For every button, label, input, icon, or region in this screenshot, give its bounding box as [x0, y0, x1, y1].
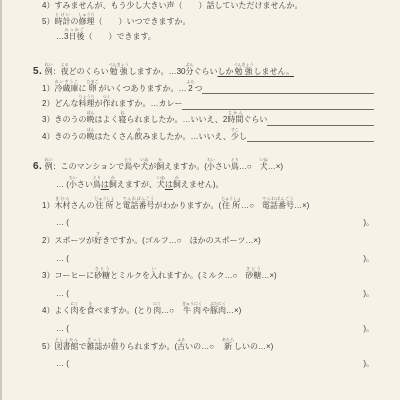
furigana-ruby: 豚肉ぶたにく	[210, 306, 226, 315]
text-segment: 小ちい	[207, 157, 215, 172]
text-segment: 寝ね	[118, 110, 126, 125]
text-segment: しません。	[253, 67, 293, 77]
text-segment: えません)。	[181, 180, 224, 190]
text-segment: ：	[53, 67, 61, 77]
text-segment: 2ふた	[186, 79, 194, 94]
text-segment: 食た	[86, 301, 94, 316]
furigana-ruby: 小ちい	[69, 180, 77, 189]
text-segment: がわかりますか。(	[154, 201, 221, 211]
text-segment: 飼か	[173, 175, 181, 190]
answer-blank-space	[69, 254, 363, 264]
furigana-ruby: 入い	[150, 271, 158, 280]
text-segment: 冷蔵庫れいぞうこ	[54, 79, 78, 94]
text-segment: 修理しゅうり	[78, 12, 94, 27]
section5-item1: 1）冷蔵庫れいぞうこに卵たまごがいくつありますか。…2ふたつ	[0, 79, 400, 95]
text-segment: 飲の	[134, 127, 142, 142]
furigana-ruby: 住所じゅうしょ	[94, 201, 114, 210]
furigana-ruby: 鳥とり	[124, 162, 132, 171]
ex4-item5: 5）時計とけいの修理しゅうり（ ）いつできますか。	[0, 12, 400, 27]
text-segment: りられますか。(	[118, 342, 177, 352]
text-segment: ：このマンションで	[53, 162, 125, 172]
furigana-ruby: 小ちい	[207, 162, 215, 171]
text-segment: 晩ばん	[86, 110, 94, 125]
text-segment: 犬いぬ	[157, 175, 165, 190]
text-segment: 雑誌ざっし	[86, 337, 102, 352]
text-segment: が	[102, 342, 110, 352]
text-segment: 時計とけい	[54, 12, 70, 27]
text-segment: …×)	[261, 271, 276, 281]
furigana-ruby: 晩ばん	[86, 132, 94, 141]
text-segment: で	[78, 342, 86, 352]
text-segment: 3）きのうの	[42, 115, 86, 125]
section6-item4: 4）よく肉にくを食たべますか。(とり肉にく…○ 牛肉ぎゅうにくや豚肉ぶたにく…×…	[0, 301, 400, 316]
furigana-ruby: 作つく	[102, 99, 110, 108]
text-segment: れますか。(ミルク…○	[158, 271, 245, 281]
furigana-ruby: 夜よる	[61, 67, 69, 76]
text-segment: えますか。(	[164, 162, 207, 172]
section-number: 6.	[33, 161, 42, 173]
furigana-ruby: 勉強べんきょう	[233, 67, 253, 76]
furigana-ruby: 寝ね	[118, 115, 126, 124]
text-segment: どのくらい	[69, 67, 109, 77]
furigana-ruby: 鳥とり	[93, 180, 101, 189]
text-segment: 豚肉ぶたにく	[210, 301, 226, 316]
text-segment: 4）すみませんが、もう少し大きい声（ ）話していただけませんか。	[42, 1, 302, 11]
answer-blank-line	[182, 99, 374, 110]
text-segment: 砂糖さとう	[94, 266, 110, 281]
text-segment: 料理りょうり	[78, 94, 94, 109]
text-segment: …×)	[294, 201, 309, 211]
furigana-ruby: 鳥とり	[231, 162, 239, 171]
section5-item4: 4）きのうの晩ばんはたくさん飲のみましたか。…いいえ、少すこし	[0, 127, 400, 143]
furigana-ruby: 時間じかん	[227, 115, 243, 124]
text-segment: みましたか。…いいえ、	[142, 132, 230, 142]
text-segment: しいの…×)	[234, 342, 273, 352]
furigana-ruby: 木村きむら	[54, 201, 70, 210]
text-segment: 好す	[94, 231, 102, 246]
text-segment: が	[94, 99, 102, 109]
text-segment: 作つく	[102, 94, 110, 109]
furigana-ruby: 例れい	[45, 67, 53, 76]
furigana-ruby: 飼か	[173, 180, 181, 189]
furigana-ruby: 勉強べんきょう	[109, 67, 129, 76]
answer-blank-space	[69, 289, 363, 299]
text-segment: は	[101, 180, 109, 190]
text-segment: はたくさん	[94, 132, 134, 142]
text-segment: きですか。(ゴルフ…○ ほかのスポーツ…×)	[102, 236, 261, 246]
text-segment: 分ぷん	[185, 62, 193, 77]
section5-item2: 2）どんな料理りょうりが作つくれますか。…カレー	[0, 94, 400, 110]
text-segment: しますか。…30	[129, 67, 186, 77]
furigana-ruby: 飲の	[134, 132, 142, 141]
text-segment: はよく	[94, 115, 118, 125]
text-segment: や	[202, 306, 210, 316]
text-segment: べますか。(とり	[94, 306, 153, 316]
text-segment: （ ）できます。	[84, 32, 155, 42]
furigana-ruby: 飼か	[109, 180, 117, 189]
text-segment: …×)	[268, 162, 283, 172]
section6-example-answer: … (小ちいさい鳥とりは飼かえますが、犬いぬは飼かえません)。	[0, 175, 400, 190]
text-segment: 犬いぬ	[140, 157, 148, 172]
answer-blank-line	[247, 132, 374, 143]
text-segment: 鳥とり	[231, 157, 239, 172]
answer-blank-space	[69, 218, 363, 228]
text-segment: がいくつありますか。…	[98, 84, 186, 94]
text-segment: 勉強べんきょう	[233, 62, 253, 77]
section6-item5: 5）図書館としょかんで雑誌ざっしが借かりられますか。(古ふるいの…○ 新あたらし…	[0, 337, 400, 352]
text-segment: えますが、	[117, 180, 157, 190]
furigana-ruby: 冷蔵庫れいぞうこ	[54, 84, 78, 93]
text-segment: 古ふる	[177, 337, 185, 352]
text-segment: 牛肉ぎゅうにく	[182, 301, 202, 316]
text-segment: …	[56, 32, 64, 42]
furigana-ruby: 犬いぬ	[260, 162, 268, 171]
text-segment: )。	[363, 218, 374, 228]
section6-item2: 2）スポーツが好すきですか。(ゴルフ…○ ほかのスポーツ…×)	[0, 231, 400, 246]
text-segment: つ	[194, 84, 202, 94]
text-segment: 鳥とり	[124, 157, 132, 172]
answer-blank-line	[267, 115, 374, 126]
furigana-ruby: 砂糖さとう	[245, 271, 261, 280]
text-segment: )。	[363, 359, 374, 369]
section6-item3: 3）コーヒーに砂糖さとうとミルクを入いれますか。(ミルク…○ 砂糖さとう…×)	[0, 266, 400, 281]
text-segment: )。	[363, 254, 374, 264]
text-segment: 4）よく	[42, 306, 70, 316]
text-segment: 4）きのうの	[42, 132, 86, 142]
section6-item5-answer: … ( )。	[0, 359, 400, 369]
section5-example: 5. 例れい：夜よるどのくらい勉強べんきょうしますか。…30分ぷんぐらいしか勉強…	[0, 62, 400, 78]
section6-item4-answer: … ( )。	[0, 324, 400, 334]
text-segment: …○	[241, 201, 262, 211]
text-segment: 住所じゅうしょ	[94, 196, 114, 211]
text-segment: し	[239, 132, 247, 142]
text-segment: …○	[239, 162, 260, 172]
text-segment: 2）スポーツが	[42, 236, 94, 246]
section5-item3: 3）きのうの晩ばんはよく寝ねられましたか。…いいえ、2時間じかんぐらい	[0, 110, 400, 126]
text-segment: 犬いぬ	[260, 157, 268, 172]
ex4-item5-answer: …3日後みっかご（ ）できます。	[0, 27, 400, 42]
text-segment: … (	[56, 324, 69, 334]
text-segment: … (	[56, 289, 69, 299]
section6-example: 6. 例れい：このマンションで鳥とりや犬いぬが飼かえますか。(小ちいさい鳥とり……	[0, 157, 400, 173]
text-segment: 晩ばん	[86, 127, 94, 142]
text-segment: … (	[56, 218, 69, 228]
section-number: 5.	[33, 66, 42, 78]
furigana-ruby: 肉にく	[153, 306, 161, 315]
text-segment: とミルクを	[110, 271, 150, 281]
text-segment: 例れい	[45, 157, 53, 172]
furigana-ruby: 雑誌ざっし	[86, 342, 102, 351]
furigana-ruby: 住所じゅうしょ	[221, 201, 241, 210]
section6-item1: 1）木村きむらさんの住所じゅうしょと電話番号でんわばんごうがわかりますか。(住所…	[0, 196, 400, 211]
furigana-ruby: 肉にく	[70, 306, 78, 315]
text-segment: しか	[217, 67, 233, 77]
text-segment: …○	[161, 306, 182, 316]
text-segment: いの…○	[185, 342, 222, 352]
furigana-ruby: 2ふた	[186, 84, 194, 93]
text-segment: ぐらい	[193, 67, 217, 77]
furigana-ruby: 好す	[94, 236, 102, 245]
text-segment: 夜よる	[61, 62, 69, 77]
text-segment: が	[148, 162, 156, 172]
furigana-ruby: 電話番号でんわばんごう	[262, 201, 294, 210]
section6-item2-answer: … ( )。	[0, 254, 400, 264]
text-segment: に	[78, 84, 86, 94]
text-segment: )。	[363, 289, 374, 299]
section6-item1-answer: … ( )。	[0, 218, 400, 228]
text-segment: さい	[215, 162, 231, 172]
furigana-ruby: 少すこ	[231, 132, 239, 141]
text-segment: 電話番号でんわばんごう	[262, 196, 294, 211]
furigana-ruby: 犬いぬ	[157, 180, 165, 189]
text-segment: 2）どんな	[42, 99, 78, 109]
text-segment: 1）	[42, 84, 54, 94]
ex4-item4: 4）すみませんが、もう少し大きい声（ ）話していただけませんか。	[0, 1, 400, 11]
furigana-ruby: 修理しゅうり	[78, 17, 94, 26]
text-segment: 3日後みっかご	[64, 27, 84, 42]
text-segment: 住所じゅうしょ	[221, 196, 241, 211]
text-segment: は	[165, 180, 173, 190]
furigana-ruby: 例れい	[45, 162, 53, 171]
text-segment: 鳥とり	[93, 175, 101, 190]
text-segment: … (	[56, 359, 69, 369]
furigana-ruby: 3日後みっかご	[64, 32, 84, 41]
furigana-ruby: 古ふる	[177, 342, 185, 351]
text-segment: 飼か	[109, 175, 117, 190]
text-segment: 飼か	[156, 157, 164, 172]
furigana-ruby: 飼か	[156, 162, 164, 171]
furigana-ruby: 借か	[110, 342, 118, 351]
text-segment: ぐらい	[243, 115, 267, 125]
text-segment: 新あたら	[222, 337, 234, 352]
furigana-ruby: 電話番号でんわばんごう	[122, 201, 154, 210]
text-segment: 勉強べんきょう	[109, 62, 129, 77]
text-segment: られましたか。…いいえ、2	[126, 115, 227, 125]
text-segment: 例れい	[45, 62, 53, 77]
text-segment: … (	[56, 180, 69, 190]
furigana-ruby: 晩ばん	[86, 115, 94, 124]
text-segment: 1）	[42, 201, 54, 211]
text-segment: 砂糖さとう	[245, 266, 261, 281]
text-segment: （ ）いつできますか。	[94, 17, 190, 27]
text-segment: 入い	[150, 266, 158, 281]
furigana-ruby: 分ぷん	[185, 67, 193, 76]
text-segment: れますか。…カレー	[110, 99, 182, 109]
text-segment: 卵たまご	[86, 79, 98, 94]
text-segment: と	[114, 201, 122, 211]
text-segment: を	[78, 306, 86, 316]
text-segment: 小ちい	[69, 175, 77, 190]
text-segment: 電話番号でんわばんごう	[122, 196, 154, 211]
text-segment: の	[70, 17, 78, 27]
furigana-ruby: 食た	[86, 306, 94, 315]
section6-item3-answer: … ( )。	[0, 289, 400, 299]
text-segment: や	[132, 162, 140, 172]
text-segment: 時間じかん	[227, 110, 243, 125]
text-segment: 肉にく	[153, 301, 161, 316]
furigana-ruby: 時計とけい	[54, 17, 70, 26]
furigana-ruby: 牛肉ぎゅうにく	[182, 306, 202, 315]
text-segment: さんの	[70, 201, 94, 211]
furigana-ruby: 犬いぬ	[140, 162, 148, 171]
text-segment: 借か	[110, 337, 118, 352]
text-segment: 肉にく	[70, 301, 78, 316]
furigana-ruby: 新あたら	[222, 342, 234, 351]
furigana-ruby: 料理りょうり	[78, 99, 94, 108]
furigana-ruby: 砂糖さとう	[94, 271, 110, 280]
text-segment: さい	[77, 180, 93, 190]
answer-blank-space	[69, 359, 363, 369]
text-segment: 木村きむら	[54, 196, 70, 211]
text-segment: … (	[56, 254, 69, 264]
text-segment: 5）	[42, 342, 54, 352]
text-segment: )。	[363, 324, 374, 334]
text-segment: 少すこ	[231, 127, 239, 142]
workbook-page: 4）すみませんが、もう少し大きい声（ ）話していただけませんか。5）時計とけいの…	[0, 0, 400, 369]
text-segment: 図書館としょかん	[54, 337, 78, 352]
answer-blank-line	[202, 84, 374, 95]
furigana-ruby: 図書館としょかん	[54, 342, 78, 351]
text-segment: …×)	[226, 306, 241, 316]
text-segment: 3）コーヒーに	[42, 271, 94, 281]
text-segment: 5）	[42, 17, 54, 27]
answer-blank-space	[69, 324, 363, 334]
furigana-ruby: 卵たまご	[86, 84, 98, 93]
